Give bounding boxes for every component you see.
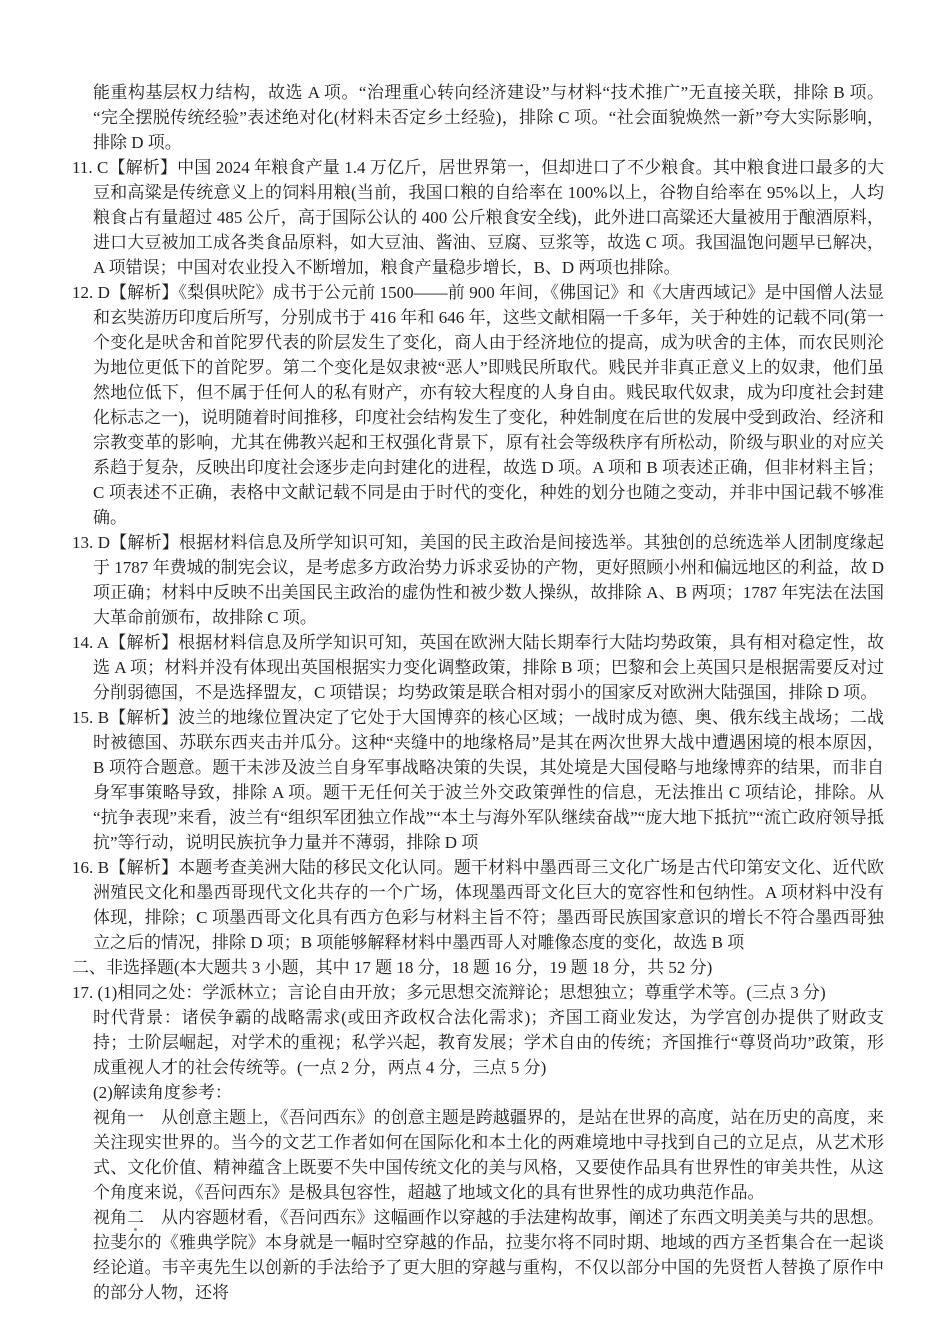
paragraph-text: 能重构基层权力结构，故选 A 项。“治理重心转向经济建设”与材料“技术推广”无直… [93,83,884,152]
paragraph: 二、非选择题(本大题共 3 小题，其中 17 题 18 分，18 题 16 分，… [72,955,884,980]
paragraph-text: 【解析】本题考查美洲大陆的移民文化认同。题干材料中墨西哥三文化广场是古代印第安文… [93,858,884,952]
item-number-label: 11. C [72,158,108,177]
paragraph: 11. C【解析】中国 2024 年粮食产量 1.4 万亿斤，居世界第一，但却进… [72,155,884,280]
answer-key-content: 能重构基层权力结构，故选 A 项。“治理重心转向经济建设”与材料“技术推广”无直… [72,80,884,1305]
paragraph: 16. B【解析】本题考查美洲大陆的移民文化认同。题干材料中墨西哥三文化广场是古… [72,855,884,955]
paragraph: 视角二 从内容题材看，《吾问西东》这幅画作以穿越的手法建构故事，阐述了东西文明美… [72,1205,884,1305]
paragraph-text: 时代背景：诸侯争霸的战略需求(或田齐政权合法化需求)；齐国工商业发达，为学宫创办… [93,1008,884,1077]
document-page: 能重构基层权力结构，故选 A 项。“治理重心转向经济建设”与材料“技术推广”无直… [0,0,950,1344]
paragraph-text: (2)解读角度参考： [93,1083,232,1102]
paragraph: 能重构基层权力结构，故选 A 项。“治理重心转向经济建设”与材料“技术推广”无直… [72,80,884,155]
paragraph-text: 【解析】波兰的地缘位置决定了它处于大国博弈的核心区域；一战时成为德、奥、俄东线主… [93,708,884,852]
paragraph: 17. (1)相同之处：学派林立；言论自由开放；多元思想交流辩论；思想独立；尊重… [72,980,884,1005]
paragraph: 15. B【解析】波兰的地缘位置决定了它处于大国博弈的核心区域；一战时成为德、奥… [72,705,884,855]
item-number-label: 14. A [72,633,109,652]
paragraph-text: 【解析】根据材料信息及所学知识可知，英国在欧洲大陆长期奉行大陆均势政策，具有相对… [93,633,884,702]
item-number-label: 15. B [72,708,109,727]
paragraph: (2)解读角度参考： [72,1080,884,1105]
scan-ink-dot [134,1228,137,1231]
item-number-label: 17. [72,983,98,1002]
paragraph-text: 【解析】中国 2024 年粮食产量 1.4 万亿斤，居世界第一，但却进口了不少粮… [93,158,884,277]
paragraph-text: 非选择题(本大题共 3 小题，其中 17 题 18 分，18 题 16 分，19… [106,958,712,977]
paragraph: 视角一 从创意主题上，《吾问西东》的创意主题是跨越疆界的，是站在世界的高度，站在… [72,1105,884,1205]
item-number-label: 16. B [72,858,109,877]
paragraph: 14. A【解析】根据材料信息及所学知识可知，英国在欧洲大陆长期奉行大陆均势政策… [72,630,884,705]
paragraph: 时代背景：诸侯争霸的战略需求(或田齐政权合法化需求)；齐国工商业发达，为学宫创办… [72,1005,884,1080]
paragraph-text: 【解析】根据材料信息及所学知识可知，美国的民主政治是间接选举。其独创的总统选举人… [93,533,884,627]
paragraph-text: 视角二 从内容题材看，《吾问西东》这幅画作以穿越的手法建构故事，阐述了东西文明美… [93,1208,884,1302]
paragraph-text: (1)相同之处：学派林立；言论自由开放；多元思想交流辩论；思想独立；尊重学术等。… [98,983,826,1002]
paragraph-text: 【解析】《梨俱吠陀》成书于公元前 1500——前 900 年间，《佛国记》和《大… [93,283,884,527]
paragraph-text: 视角一 从创意主题上，《吾问西东》的创意主题是跨越疆界的，是站在世界的高度，站在… [93,1108,884,1202]
item-number-label: 12. D [72,283,110,302]
paragraph: 13. D【解析】根据材料信息及所学知识可知，美国的民主政治是间接选举。其独创的… [72,530,884,630]
item-number-label: 13. D [72,533,110,552]
item-number-label: 二、 [72,958,106,977]
paragraph: 12. D【解析】《梨俱吠陀》成书于公元前 1500——前 900 年间，《佛国… [72,280,884,530]
